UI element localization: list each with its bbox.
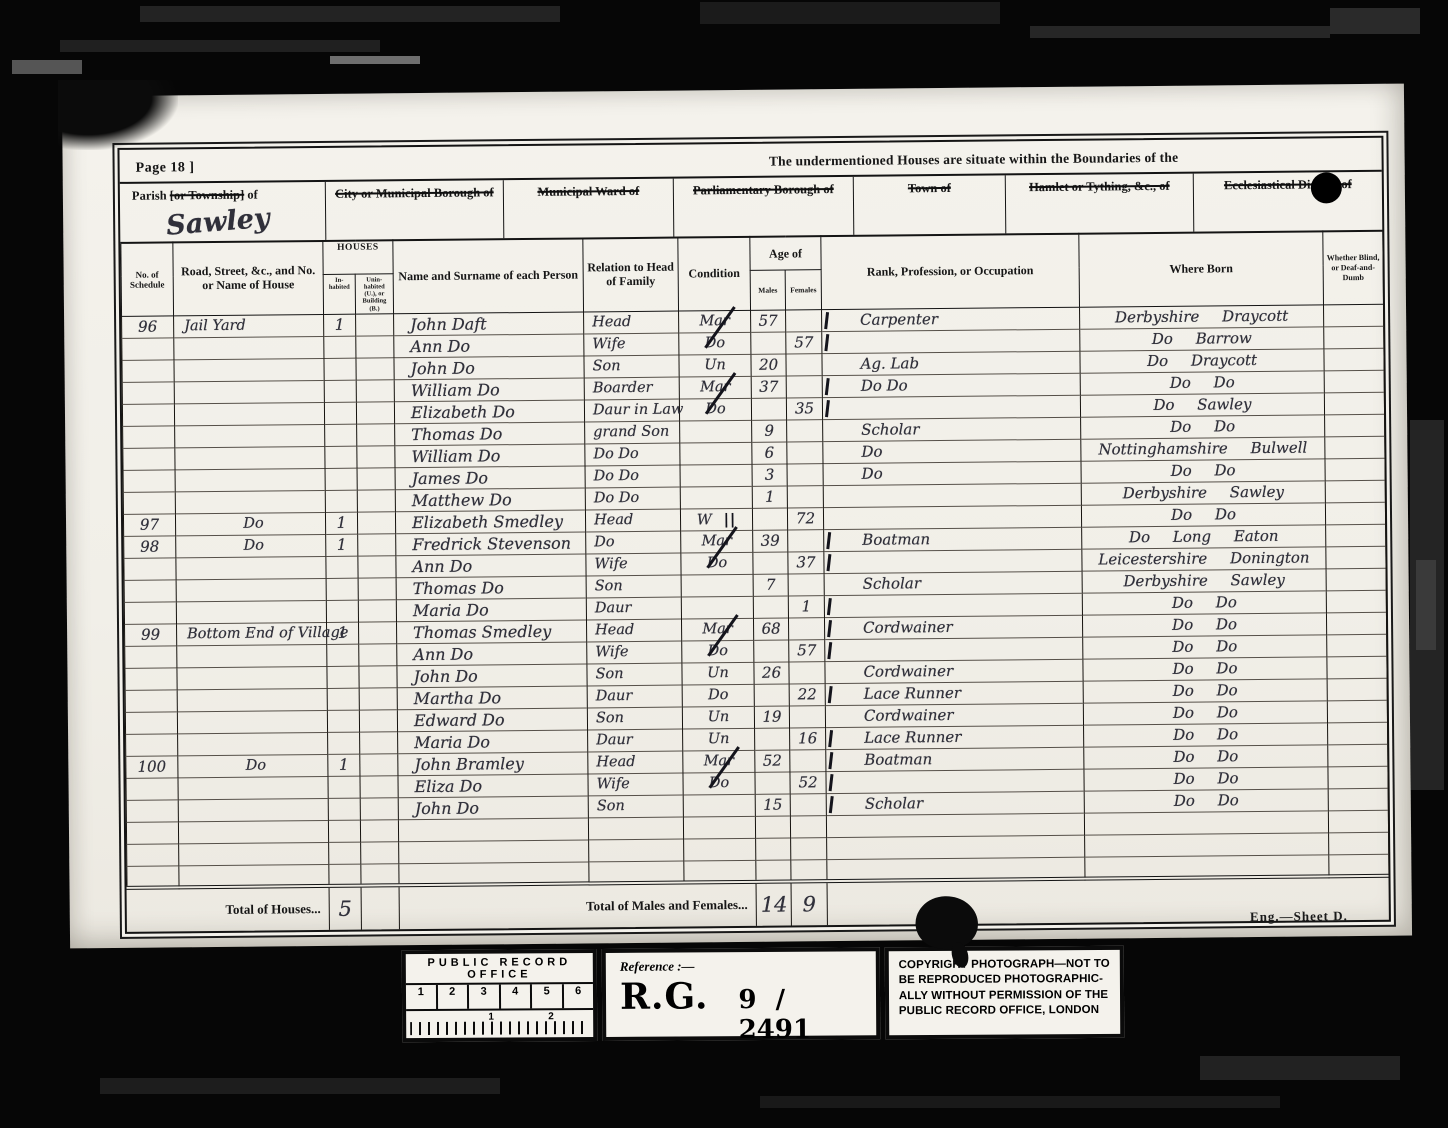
occupation-cell: Scholar xyxy=(826,791,1084,815)
schedule-cell xyxy=(125,712,177,734)
inhabited-cell xyxy=(327,688,359,710)
road-cell xyxy=(176,556,326,579)
relation-cell: Do xyxy=(586,531,681,554)
blind-cell xyxy=(1329,832,1389,855)
uninhabited-cell xyxy=(359,709,397,731)
uninhabited-cell xyxy=(359,687,397,709)
inhabited-cell xyxy=(328,732,360,754)
relation-cell: Daur xyxy=(587,685,682,708)
occupation-cell: Scholar xyxy=(823,417,1081,441)
enumerator-tick-mark xyxy=(825,400,829,417)
uninhabited-cell xyxy=(359,643,397,665)
blind-cell xyxy=(1326,590,1386,613)
occupation-cell: Cordwainer xyxy=(824,615,1082,639)
age-male-cell xyxy=(751,398,786,420)
uninhabited-cell xyxy=(357,511,395,533)
born-cell: Do Do xyxy=(1083,657,1327,681)
road-cell xyxy=(178,798,328,821)
schedule-cell xyxy=(123,492,175,514)
occupation-cell: Cordwainer xyxy=(825,703,1083,727)
uninhabited-cell xyxy=(357,445,395,467)
inhabited-cell xyxy=(327,666,359,688)
enumerator-tick-mark xyxy=(828,752,832,769)
name-cell xyxy=(399,862,589,886)
inhabited-cell xyxy=(325,468,357,490)
occupation-cell xyxy=(822,395,1080,419)
born-cell: Do Sawley xyxy=(1080,393,1324,417)
inhabited-cell: 1 xyxy=(324,314,356,336)
schedule-cell xyxy=(125,690,177,712)
age-male-cell: 15 xyxy=(755,794,790,816)
name-cell: John Do xyxy=(398,796,588,820)
occupation-cell xyxy=(827,857,1085,881)
condition-cell xyxy=(683,794,755,817)
age-female-cell xyxy=(787,463,823,485)
age-female-cell xyxy=(787,419,823,441)
age-female-cell: 37 xyxy=(788,551,824,573)
scan-noise xyxy=(60,40,380,52)
born-cell: Do Do xyxy=(1081,503,1325,527)
relation-cell: Daur in Law xyxy=(584,399,679,422)
blind-cell xyxy=(1326,612,1386,635)
occupation-cell xyxy=(822,329,1080,353)
scan-noise xyxy=(760,1096,1280,1108)
name-cell: Maria Do xyxy=(396,598,586,622)
schedule-cell xyxy=(122,382,174,404)
jurisdiction-label: Town of xyxy=(860,180,999,196)
age-female-cell: 57 xyxy=(789,639,825,661)
uninhabited-cell xyxy=(360,731,398,753)
road-cell xyxy=(174,358,324,381)
born-cell: Do Do xyxy=(1081,415,1325,439)
relation-cell: Son xyxy=(588,795,683,818)
col-header-condition: Condition xyxy=(678,237,751,311)
scan-noise xyxy=(100,1078,500,1094)
condition-cell xyxy=(683,816,755,839)
occupation-cell: Ag. Lab xyxy=(822,351,1080,375)
col-header-inhabited: In-habited xyxy=(323,274,355,314)
relation-cell: Daur xyxy=(586,597,681,620)
name-cell: John Do xyxy=(397,664,587,688)
occupation-cell xyxy=(824,593,1082,617)
age-male-cell xyxy=(756,838,791,860)
reference-series: R.G. xyxy=(620,975,709,1018)
col-header-relation: Relation to Head of Family xyxy=(583,238,679,312)
born-cell: Do Draycott xyxy=(1080,349,1324,373)
inhabited-cell xyxy=(324,402,356,424)
born-cell: Do Do xyxy=(1084,767,1328,791)
inhabited-cell xyxy=(325,446,357,468)
condition-cell xyxy=(680,442,752,465)
relation-cell: Do Do xyxy=(585,465,680,488)
road-cell: Bottom End of Village xyxy=(177,622,327,645)
uninhabited-cell xyxy=(358,621,396,643)
inhabited-cell xyxy=(329,864,361,886)
col-header-males: Males xyxy=(750,270,785,310)
inhabited-cell xyxy=(324,380,356,402)
uninhabited-cell xyxy=(358,599,396,621)
scan-noise xyxy=(1410,420,1444,790)
relation-cell: Head xyxy=(584,311,679,334)
age-female-cell xyxy=(788,617,824,639)
age-male-cell xyxy=(752,508,787,530)
condition-cell: Mar xyxy=(681,618,753,641)
condition-cell: Do xyxy=(682,684,754,707)
relation-cell: Son xyxy=(586,575,681,598)
scan-noise xyxy=(140,6,560,22)
age-male-cell xyxy=(755,816,790,838)
blind-cell xyxy=(1325,502,1385,525)
uninhabited-cell xyxy=(361,841,399,863)
road-cell: Jail Yard xyxy=(174,314,324,337)
road-cell xyxy=(177,710,327,733)
inhabited-cell xyxy=(325,490,357,512)
uninhabited-cell xyxy=(356,379,394,401)
col-header-name: Name and Surname of each Person xyxy=(393,238,584,313)
name-cell: Maria Do xyxy=(398,730,588,754)
ruler-number: 6 xyxy=(561,984,593,1008)
age-female-cell: 16 xyxy=(790,727,826,749)
blind-cell xyxy=(1327,634,1387,657)
road-cell xyxy=(177,644,327,667)
born-cell: Derbyshire Sawley xyxy=(1082,569,1326,593)
name-cell: Ann Do xyxy=(397,642,587,666)
enumerator-tick-mark xyxy=(827,598,831,615)
name-cell: James Do xyxy=(395,466,585,490)
schedule-cell: 96 xyxy=(122,316,174,338)
name-cell xyxy=(399,840,589,864)
age-female-cell: 57 xyxy=(786,331,822,353)
reference-number: 9 / 2491 xyxy=(738,984,862,1045)
relation-cell xyxy=(588,817,683,840)
enumerator-tick-mark xyxy=(829,774,833,791)
inhabited-cell xyxy=(328,776,360,798)
age-male-cell xyxy=(754,640,789,662)
inhabited-cell xyxy=(326,556,358,578)
schedule-cell xyxy=(124,580,176,602)
name-cell xyxy=(398,818,588,842)
age-female-cell xyxy=(787,441,823,463)
sheet-footer-note: Eng.—Sheet D. xyxy=(1250,908,1348,925)
blind-cell xyxy=(1326,568,1386,591)
inhabited-cell xyxy=(326,578,358,600)
occupation-cell xyxy=(826,769,1084,793)
age-female-cell: 22 xyxy=(789,683,825,705)
blind-cell xyxy=(1324,326,1384,349)
blind-cell xyxy=(1325,480,1385,503)
road-cell xyxy=(174,336,324,359)
age-female-cell xyxy=(788,529,824,551)
age-male-cell: 39 xyxy=(753,530,788,552)
born-cell: Do Barrow xyxy=(1080,327,1324,351)
blind-cell xyxy=(1328,788,1388,811)
enumerator-tick-mark xyxy=(828,730,832,747)
age-male-cell: 9 xyxy=(752,420,787,442)
total-houses-value: 5 xyxy=(329,886,361,930)
enumerator-tick-mark xyxy=(827,620,831,637)
born-cell: Do Do xyxy=(1084,789,1328,813)
pro-office-title: PUBLIC RECORD OFFICE xyxy=(406,953,593,985)
condition-cell: Mar xyxy=(681,530,753,553)
born-cell: Do Long Eaton xyxy=(1082,525,1326,549)
name-cell: Thomas Do xyxy=(395,422,585,446)
age-male-cell xyxy=(755,772,790,794)
name-cell: William Do xyxy=(394,378,584,402)
age-male-cell xyxy=(753,596,788,618)
enumerator-tick-mark xyxy=(824,312,828,329)
scan-noise xyxy=(1416,560,1436,650)
age-male-cell xyxy=(753,552,788,574)
blind-cell xyxy=(1324,304,1384,327)
schedule-cell xyxy=(126,778,178,800)
relation-cell: Head xyxy=(587,619,682,642)
condition-cell: Mar xyxy=(683,750,755,773)
jurisdiction-label: Hamlet or Tything, &c., of xyxy=(1012,179,1187,196)
age-female-cell xyxy=(790,815,826,837)
condition-cell xyxy=(680,420,752,443)
relation-cell: Daur xyxy=(588,729,683,752)
age-male-cell xyxy=(751,332,786,354)
name-cell: Matthew Do xyxy=(395,488,585,512)
schedule-cell xyxy=(127,844,179,866)
relation-cell: Head xyxy=(585,509,680,532)
jurisdiction-cell: Parliamentary Borough of xyxy=(673,177,854,237)
schedule-cell xyxy=(124,558,176,580)
copyright-line: PUBLIC RECORD OFFICE, LONDON xyxy=(899,1003,1110,1020)
born-cell: Derbyshire Sawley xyxy=(1081,481,1325,505)
relation-cell: Head xyxy=(588,751,683,774)
enumerator-tick-mark xyxy=(826,532,830,549)
ruler-number: 4 xyxy=(498,984,530,1008)
blind-cell xyxy=(1327,678,1387,701)
occupation-cell: Lace Runner xyxy=(825,681,1083,705)
schedule-cell: 98 xyxy=(124,536,176,558)
ruler-number: 3 xyxy=(467,985,499,1009)
road-cell xyxy=(178,732,328,755)
road-cell: Do xyxy=(178,754,328,777)
schedule-cell xyxy=(122,404,174,426)
census-table-header: No. of Schedule Road, Street, &c., and N… xyxy=(121,231,1384,316)
uninhabited-cell xyxy=(357,423,395,445)
age-female-cell xyxy=(791,859,827,881)
relation-cell: Wife xyxy=(588,773,683,796)
col-header-uninhabited: Unin-habited (U.), or Building (B.) xyxy=(355,274,393,314)
name-cell: Elizabeth Do xyxy=(394,400,584,424)
relation-cell: Boarder xyxy=(584,377,679,400)
age-female-cell xyxy=(791,837,827,859)
enumerator-tick-mark xyxy=(829,796,833,813)
enumerator-tick-mark xyxy=(827,554,831,571)
scanned-census-page: { "scan": { "footer_note": "Eng.—Sheet D… xyxy=(0,0,1448,1128)
uninhabited-cell xyxy=(359,665,397,687)
jurisdiction-cell: Municipal Ward of xyxy=(503,179,674,239)
jurisdiction-label: Ecclesiastical District of xyxy=(1200,177,1376,194)
condition-cell: Un xyxy=(682,706,754,729)
schedule-cell: 100 xyxy=(126,756,178,778)
occupation-cell: Do xyxy=(823,439,1081,463)
census-table-body: 96Jail Yard1John DaftHeadMar57CarpenterD… xyxy=(122,304,1389,888)
road-cell xyxy=(174,402,324,425)
road-cell xyxy=(179,842,329,865)
road-cell xyxy=(175,490,325,513)
age-female-cell xyxy=(786,353,822,375)
age-male-cell xyxy=(756,860,791,882)
total-males-value: 14 xyxy=(756,882,791,926)
born-cell: Do Do xyxy=(1082,613,1326,637)
ruler-number: 5 xyxy=(530,984,562,1008)
occupation-cell: Cordwainer xyxy=(825,659,1083,683)
jurisdiction-cell: Ecclesiastical District of xyxy=(1193,172,1383,232)
blind-cell xyxy=(1326,546,1386,569)
scan-noise xyxy=(1200,1056,1400,1080)
condition-cell: Mar xyxy=(679,376,751,399)
uninhabited-cell xyxy=(360,753,398,775)
schedule-cell xyxy=(124,602,176,624)
jurisdiction-label: Municipal Ward of xyxy=(510,184,667,201)
ruler-scale-cm: 1 2 xyxy=(406,1010,593,1038)
condition-cell: Un xyxy=(683,728,755,751)
total-females-value: 9 xyxy=(791,881,827,925)
copyright-line: BE REPRODUCED PHOTOGRAPHIC- xyxy=(899,972,1110,989)
inhabited-cell xyxy=(324,358,356,380)
jurisdiction-value: Sawley xyxy=(165,199,320,242)
age-female-cell xyxy=(787,485,823,507)
age-male-cell: 52 xyxy=(755,750,790,772)
age-female-cell: 35 xyxy=(786,397,822,419)
blind-cell xyxy=(1324,370,1384,393)
total-males-females-label: Total of Males and Females... xyxy=(399,882,756,929)
enumerator-tick-mark xyxy=(825,378,829,395)
schedule-cell xyxy=(122,338,174,360)
uninhabited-cell xyxy=(356,401,394,423)
age-male-cell: 1 xyxy=(752,486,787,508)
age-female-cell xyxy=(786,375,822,397)
road-cell xyxy=(175,468,325,491)
age-female-cell xyxy=(788,573,824,595)
schedule-cell xyxy=(122,360,174,382)
road-cell xyxy=(176,600,326,623)
road-cell: Do xyxy=(176,534,326,557)
relation-cell: Do Do xyxy=(585,443,680,466)
age-female-cell xyxy=(790,749,826,771)
condition-cell xyxy=(680,464,752,487)
inhabited-cell xyxy=(327,710,359,732)
uninhabited-cell xyxy=(358,533,396,555)
born-cell: Do Do xyxy=(1083,701,1327,725)
age-female-cell: 1 xyxy=(788,595,824,617)
inhabited-cell xyxy=(327,644,359,666)
name-cell: Eliza Do xyxy=(398,774,588,798)
pro-reference-box: Reference :— R.G. 9 / 2491 xyxy=(602,947,880,1041)
inhabited-cell xyxy=(329,842,361,864)
relation-cell: Son xyxy=(584,355,679,378)
relation-cell xyxy=(589,861,684,884)
inhabited-cell xyxy=(326,600,358,622)
schedule-cell xyxy=(123,470,175,492)
blind-cell xyxy=(1327,700,1387,723)
age-male-cell xyxy=(754,684,789,706)
age-male-cell: 7 xyxy=(753,574,788,596)
col-header-blind: Whether Blind, or Deaf-and-Dumb xyxy=(1323,231,1384,305)
occupation-cell: Do Do xyxy=(822,373,1080,397)
uninhabited-cell xyxy=(356,357,394,379)
pro-reference-stamp: PUBLIC RECORD OFFICE 1 2 3 4 5 6 1 2 Ref… xyxy=(402,946,1125,1042)
born-cell: Derbyshire Draycott xyxy=(1080,305,1324,329)
jurisdiction-cell: Parish [or Township] ofSawley xyxy=(120,182,326,242)
relation-cell: Son xyxy=(587,663,682,686)
born-cell: Leicestershire Donington xyxy=(1082,547,1326,571)
name-cell: Ann Do xyxy=(394,334,584,358)
relation-cell xyxy=(589,839,684,862)
blind-cell xyxy=(1328,722,1388,745)
blind-cell xyxy=(1324,348,1384,371)
schedule-cell xyxy=(125,646,177,668)
born-cell xyxy=(1085,833,1329,857)
born-cell xyxy=(1085,855,1329,879)
reference-label: Reference :— xyxy=(620,957,862,974)
inhabited-cell xyxy=(328,798,360,820)
schedule-cell: 99 xyxy=(125,624,177,646)
age-male-cell xyxy=(755,728,790,750)
occupation-cell xyxy=(824,549,1082,573)
uninhabited-cell xyxy=(358,555,396,577)
scan-corner-smudge xyxy=(58,80,178,150)
age-male-cell: 37 xyxy=(751,376,786,398)
col-header-schedule: No. of Schedule xyxy=(121,242,174,316)
road-cell xyxy=(175,424,325,447)
condition-cell xyxy=(680,486,752,509)
schedule-cell xyxy=(126,800,178,822)
road-cell xyxy=(178,820,328,843)
relation-cell: Wife xyxy=(586,553,681,576)
inhabited-cell xyxy=(325,424,357,446)
age-male-cell: 3 xyxy=(752,464,787,486)
pro-copyright-box: COPYRIGHT PHOTOGRAPH—NOT TO BE REPRODUCE… xyxy=(884,946,1124,1039)
col-header-born: Where Born xyxy=(1079,231,1324,307)
born-cell: Do Do xyxy=(1083,679,1327,703)
occupation-cell xyxy=(823,505,1081,529)
blind-cell xyxy=(1325,436,1385,459)
census-form-paper: Page 18 ] The undermentioned Houses are … xyxy=(62,84,1412,949)
schedule-cell xyxy=(123,426,175,448)
census-form: Page 18 ] The undermentioned Houses are … xyxy=(117,136,1390,934)
ink-blot xyxy=(1311,172,1342,203)
relation-cell: Wife xyxy=(584,333,679,356)
condition-cell: Un xyxy=(679,354,751,377)
name-cell: Ann Do xyxy=(396,554,586,578)
occupation-cell xyxy=(826,813,1084,837)
schedule-cell xyxy=(127,866,179,888)
inhabited-cell: 1 xyxy=(326,534,358,556)
scan-noise xyxy=(1330,8,1420,34)
col-header-occupation: Rank, Profession, or Occupation xyxy=(821,234,1080,310)
blind-cell xyxy=(1328,810,1388,833)
col-header-road: Road, Street, &c., and No. or Name of Ho… xyxy=(173,241,324,316)
condition-cell: Mar xyxy=(679,310,751,333)
jurisdiction-cell: Town of xyxy=(853,175,1006,234)
relation-cell: Son xyxy=(587,707,682,730)
jurisdiction-label: City or Municipal Borough of xyxy=(332,185,497,202)
inhabited-cell: 1 xyxy=(328,754,360,776)
uninhabited-cell xyxy=(360,797,398,819)
inhabited-cell xyxy=(328,820,360,842)
relation-cell: Wife xyxy=(587,641,682,664)
name-cell: Martha Do xyxy=(397,686,587,710)
condition-cell xyxy=(684,838,756,861)
age-male-cell: 19 xyxy=(754,706,789,728)
schedule-cell xyxy=(123,448,175,470)
schedule-cell: 97 xyxy=(123,514,175,536)
